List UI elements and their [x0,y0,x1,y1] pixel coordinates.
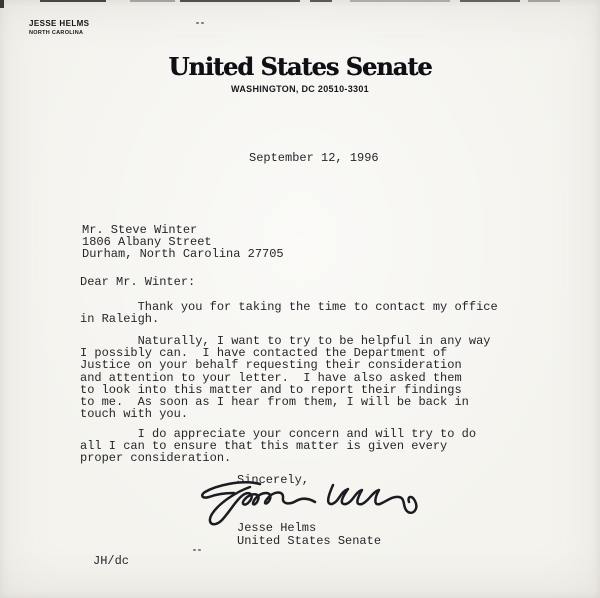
scan-corner-artifact [0,0,4,8]
scan-edge-artifact [40,0,106,2]
signature-typed-org: United States Senate [237,535,381,547]
letterhead-organization-title: United States Senate [0,52,600,81]
scan-edge-artifact [310,0,332,2]
scan-edge-artifact [528,0,560,2]
recipient-address-block: Mr. Steve Winter 1806 Albany Street Durh… [82,224,284,261]
sender-state: NORTH CAROLINA [29,30,89,36]
letterhead-sender-block: JESSE HELMS NORTH CAROLINA [29,19,89,36]
scan-edge-artifact [130,0,175,2]
body-paragraph-2: Naturally, I want to try to be helpful i… [80,335,490,420]
body-paragraph-3: I do appreciate your concern and will tr… [80,428,476,465]
date-line: September 12, 1996 [249,152,379,164]
scan-edge-artifact [180,0,300,2]
sender-name: JESSE HELMS [29,19,89,28]
typist-initials: JH/dc [93,555,129,567]
scan-edge-artifact [460,0,520,2]
salutation: Dear Mr. Winter: [80,276,195,288]
scanned-letter-page: JESSE HELMS NORTH CAROLINA United States… [0,0,600,598]
scan-speck-artifact [193,549,196,551]
scan-edge-artifact [350,0,450,2]
signature-typed-name: Jesse Helms [237,522,316,534]
letterhead-org-address: WASHINGTON, DC 20510-3301 [0,84,600,94]
scan-speck-artifact [196,22,199,24]
body-paragraph-1: Thank you for taking the time to contact… [80,301,498,325]
